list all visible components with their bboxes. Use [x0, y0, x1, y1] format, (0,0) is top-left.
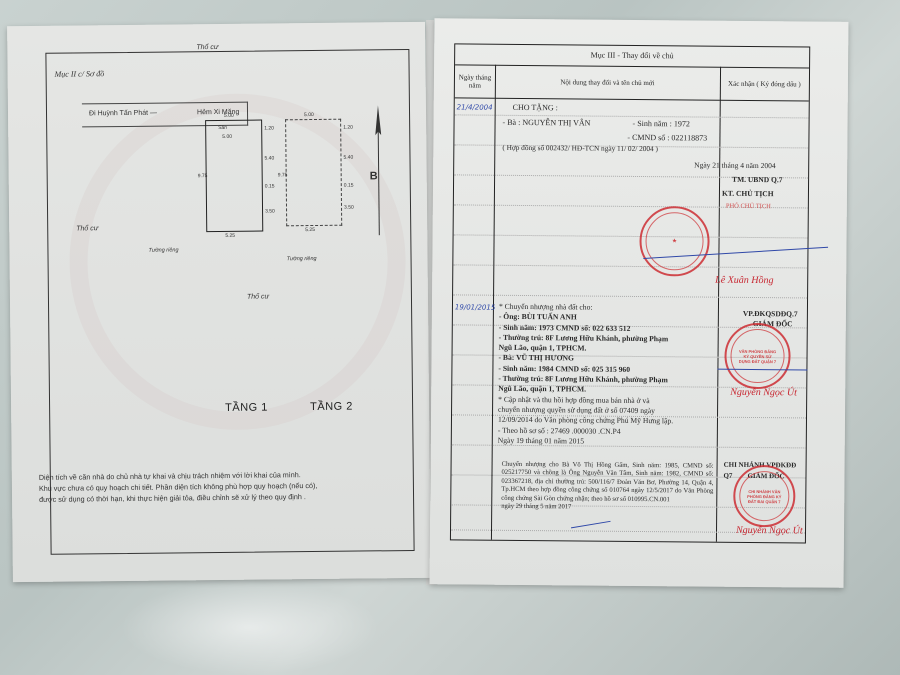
entry-1-signer: Lê Xuân Hồng — [715, 275, 773, 287]
label-yard: Sân — [218, 125, 227, 131]
north-label: B — [370, 170, 378, 182]
dim-front-depth: 1.20 — [264, 125, 274, 131]
dim-rear-depth: 3.50 — [265, 208, 275, 214]
entry-2-content: * Chuyển nhượng nhà đất cho: - Ông: BÙI … — [498, 302, 719, 448]
entry-1-title: KT. CHỦ TỊCH — [722, 189, 774, 200]
entry-3-content: Chuyển nhượng cho Bà Võ Thị Hồng Gấm, Si… — [501, 461, 713, 513]
floor-label-2: TẦNG 2 — [310, 401, 353, 413]
stamp-vpdk-q7: VĂN PHÒNG ĐĂNG KÝ QUYỀN SỬ DỤNG ĐẤT QUẬN… — [724, 323, 791, 390]
section-title: Mục II c/ Sơ đồ — [55, 69, 105, 79]
floor-reflection — [120, 580, 380, 675]
col-confirm-header: Xác nhận ( Ký đóng dấu ) — [720, 67, 809, 102]
entry-line: ( Hợp đồng số 002432/ HĐ-TCN ngày 11/ 02… — [502, 142, 717, 154]
dim-yard-width: 5.00 — [222, 134, 232, 140]
dim-rear-depth-2: 3.50 — [344, 205, 354, 211]
right-page-ownership-changes: Mục III - Thay đổi về chủ Ngày tháng năm… — [430, 18, 849, 588]
dim-side-length: 9.75 — [198, 173, 208, 179]
entry-2-date: 19/01/2015 — [455, 302, 495, 313]
dim-side-length-2: 9.75 — [278, 172, 288, 178]
dim-offset: 0.15 — [265, 183, 275, 189]
entry-line: Ngày 19 tháng 01 năm 2015 — [498, 436, 718, 448]
dim-top-width: 5.00 — [224, 113, 234, 119]
label-wall-right: Tường riêng — [287, 256, 317, 262]
entry-1-content: CHO TẶNG : - Bà : NGUYỄN THỊ VÂN - Sinh … — [502, 103, 717, 155]
label-road-left: Đi Huỳnh Tấn Phát — — [89, 110, 157, 118]
dim-bottom-width-2: 5.25 — [305, 227, 315, 233]
signature-stroke — [571, 521, 611, 529]
plan-notes: Diện tích về căn nhà do chủ nhà tự khai … — [39, 468, 411, 505]
stamp-ubnd-q7: ★ — [639, 206, 710, 277]
label-top-neighbor: Thổ cư — [196, 44, 218, 51]
label-left-neighbor: Thổ cư — [76, 225, 98, 232]
dim-bottom-width: 5.25 — [225, 233, 235, 239]
entry-1-org: TM. UBND Q.7 — [732, 175, 783, 186]
dim-mid-depth-2: 5.40 — [343, 155, 353, 161]
entry-line: Chuyển nhượng cho Bà Võ Thị Hồng Gấm, Si… — [501, 461, 713, 505]
dim-mid-depth: 5.40 — [264, 155, 274, 161]
col-content-header: Nội dung thay đổi và tên chủ mới — [495, 65, 720, 101]
floor-label-1: TẦNG 1 — [225, 401, 268, 413]
entry-3-signer: Nguyễn Ngọc Út — [736, 525, 803, 537]
dim-offset-2: 0.15 — [344, 183, 354, 189]
stamp-chi-nhanh-q7: CHI NHÁNH VĂN PHÒNG ĐĂNG KÝ ĐẤT ĐAI QUẬN… — [733, 465, 796, 528]
entry-1-date: 21/4/2004 — [457, 102, 493, 113]
site-plan-frame: Mục II c/ Sơ đồ Thổ cư Đi Huỳnh Tấn Phát… — [45, 49, 414, 555]
floor-plan-level-1: Sân 5.00 9.75 1.20 5.40 0.15 3.50 5.25 5… — [205, 120, 263, 233]
dim-front-depth-2: 1.20 — [343, 125, 353, 131]
label-bottom-neighbor: Thổ cư — [247, 293, 269, 300]
dim-top-width-2: 5.00 — [304, 112, 314, 118]
left-page-site-plan: Mục II c/ Sơ đồ Thổ cư Đi Huỳnh Tấn Phát… — [7, 22, 431, 582]
entry-2-signer: Nguyễn Ngọc Út — [730, 387, 797, 399]
entry-1-signing-date: Ngày 21 tháng 4 năm 2004 — [694, 160, 776, 171]
label-wall-left: Tường riêng — [148, 247, 178, 253]
col-date-header: Ngày tháng năm — [455, 64, 495, 98]
entry-line: ngày 29 tháng 5 năm 2017 — [501, 503, 713, 513]
entry-line: - Bà : NGUYỄN THỊ VÂN — [503, 117, 591, 127]
entry-1-subtitle: PHÓ CHỦ TỊCH — [726, 202, 771, 213]
ownership-change-table: Mục III - Thay đổi về chủ Ngày tháng năm… — [450, 43, 810, 543]
floor-plan-level-2: 5.00 9.75 1.20 5.40 0.15 3.50 5.25 — [285, 119, 342, 227]
entry-line: - Sinh năm : 1972 — [633, 118, 690, 129]
entry-line: CHO TẶNG : — [503, 103, 718, 115]
